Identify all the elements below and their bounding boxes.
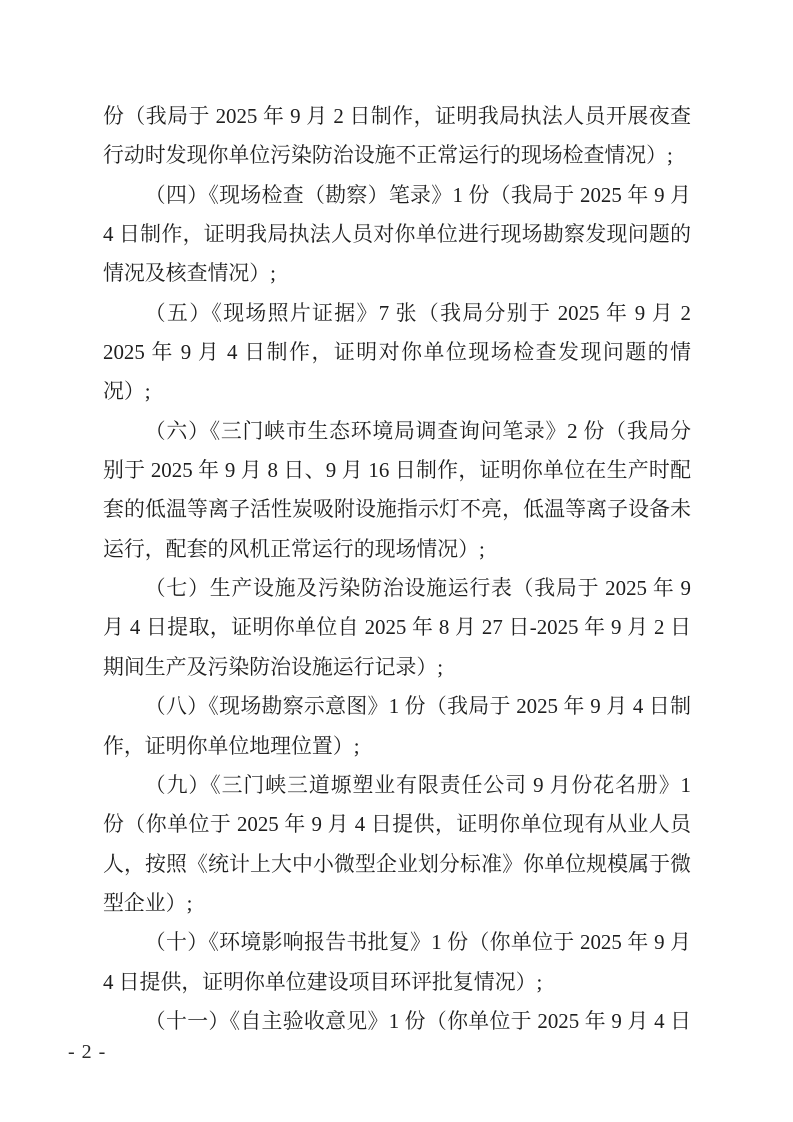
text-line: （八）《现场勘察示意图》1 份（我局于 2025 年 9 月 4 日制 [103,687,691,726]
text-line: 人，按照《统计上大中小微型企业划分标准》你单位规模属于微 [103,845,691,884]
text-line: 4 日提供，证明你单位建设项目环评批复情况）; [103,963,691,1002]
text-line: 情况及核查情况）; [103,254,691,293]
text-line: 运行，配套的风机正常运行的现场情况）; [103,530,691,569]
text-line: 月 4 日提取，证明你单位自 2025 年 8 月 27 日-2025 年 9 … [103,608,691,647]
text-line: （六）《三门峡市生态环境局调查询问笔录》2 份（我局分 [103,412,691,451]
text-line: （十）《环境影响报告书批复》1 份（你单位于 2025 年 9 月 [103,923,691,962]
text-line: 套的低温等离子活性炭吸附设施指示灯不亮，低温等离子设备未 [103,490,691,529]
text-line: 行动时发现你单位污染防治设施不正常运行的现场检查情况）; [103,136,691,175]
text-line: 4 日制作，证明我局执法人员对你单位进行现场勘察发现问题的 [103,215,691,254]
text-line: 作，证明你单位地理位置）; [103,727,691,766]
text-line: 2025 年 9 月 4 日制作，证明对你单位现场检查发现问题的情 [103,333,691,372]
text-line: （五）《现场照片证据》7 张（我局分别于 2025 年 9 月 2 日、 [103,294,691,333]
document-page: 份（我局于 2025 年 9 月 2 日制作，证明我局执法人员开展夜查行动时发现… [0,0,793,1122]
text-line: 期间生产及污染防治设施运行记录）; [103,648,691,687]
page-number: - 2 - [68,1040,106,1064]
text-line: 份（我局于 2025 年 9 月 2 日制作，证明我局执法人员开展夜查 [103,97,691,136]
text-line: 况）; [103,372,691,411]
text-line: 型企业）; [103,884,691,923]
text-line: （七）生产设施及污染防治设施运行表（我局于 2025 年 9 [103,569,691,608]
text-line: 份（你单位于 2025 年 9 月 4 日提供，证明你单位现有从业人员 9 [103,805,691,844]
document-body: 份（我局于 2025 年 9 月 2 日制作，证明我局执法人员开展夜查行动时发现… [103,97,691,1041]
text-line: 别于 2025 年 9 月 8 日、9 月 16 日制作，证明你单位在生产时配 [103,451,691,490]
text-line: （四）《现场检查（勘察）笔录》1 份（我局于 2025 年 9 月 [103,176,691,215]
text-line: （十一）《自主验收意见》1 份（你单位于 2025 年 9 月 4 日 [103,1002,691,1041]
text-line: （九）《三门峡三道塬塑业有限责任公司 9 月份花名册》1 [103,766,691,805]
